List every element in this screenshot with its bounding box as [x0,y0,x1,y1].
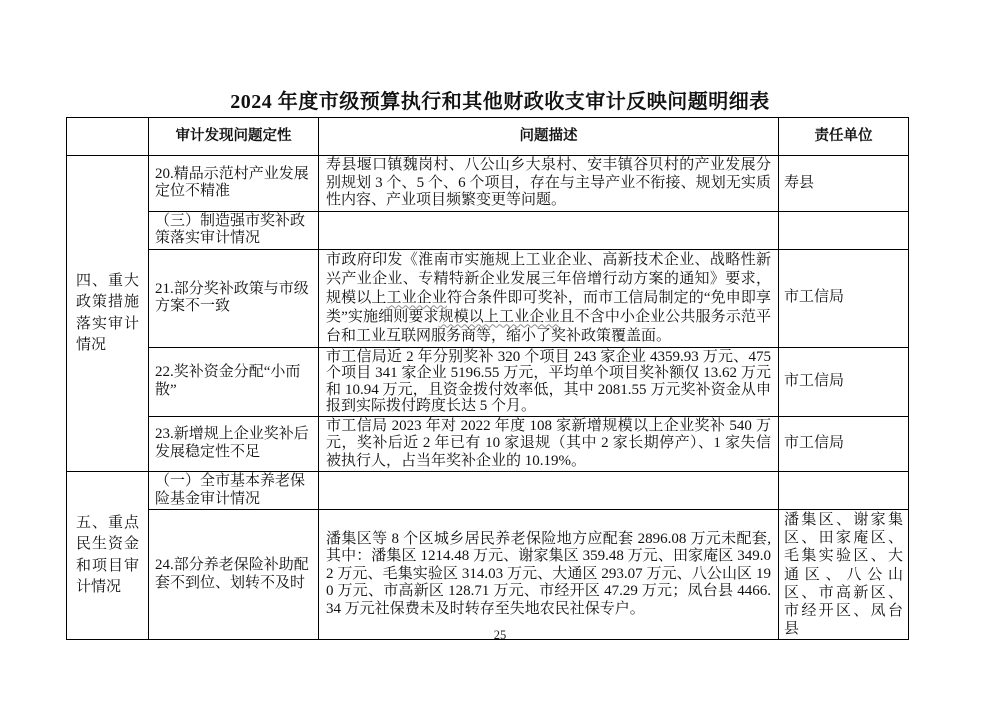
description-cell: 市政府印发《淮南市实施规上工业企业、高新技术企业、战略性新兴产业企业、专精特新企… [319,249,779,347]
responsible-unit-cell: 市工信局 [779,249,909,347]
document-title: 2024 年度市级预算执行和其他财政收支审计反映问题明细表 [0,85,1000,114]
header-description: 问题描述 [319,118,779,156]
table-row-24: 24.部分养老保险补助配套不到位、划转不及时 潘集区等 8 个区城乡居民养老保险… [67,510,909,640]
description-cell [319,472,779,510]
responsible-unit-cell [779,472,909,510]
description-cell: 市工信局近 2 年分别奖补 320 个项目 243 家企业 4359.93 万元… [319,347,779,416]
qualification-cell: （三）制造强市奖补政策落实审计情况 [149,211,319,249]
qualification-cell: 22.奖补资金分配“小而散” [149,347,319,416]
responsible-unit-cell: 寿县 [779,156,909,212]
header-responsible-unit: 责任单位 [779,118,909,156]
description-cell: 寿县堰口镇魏岗村、八公山乡大泉村、安丰镇谷贝村的产业发展分别规划 3 个、5 个… [319,156,779,212]
qualification-cell: 20.精品示范村产业发展定位不精准 [149,156,319,212]
qualification-cell: 21.部分奖补政策与市级方案不一致 [149,249,319,347]
table-row-section-3: （三）制造强市奖补政策落实审计情况 [67,211,909,249]
category-cell-livelihood-funds-audit: 五、重点民生资金和项目审计情况 [67,472,149,640]
category-cell-major-policy-audit: 四、重大政策措施落实审计情况 [67,156,149,472]
description-cell: 市工信局 2023 年对 2022 年度 108 家新增规模以上企业奖补 540… [319,416,779,472]
responsible-unit-cell: 市工信局 [779,416,909,472]
table-row-20: 四、重大政策措施落实审计情况 20.精品示范村产业发展定位不精准 寿县堰口镇魏岗… [67,156,909,212]
page-number: 25 [0,628,1000,643]
qualification-cell: 24.部分养老保险补助配套不到位、划转不及时 [149,510,319,640]
responsible-unit-cell: 市工信局 [779,347,909,416]
qualification-cell: （一）全市基本养老保险基金审计情况 [149,472,319,510]
table-row-22: 22.奖补资金分配“小而散” 市工信局近 2 年分别奖补 320 个项目 243… [67,347,909,416]
table-row-23: 23.新增规上企业奖补后发展稳定性不足 市工信局 2023 年对 2022 年度… [67,416,909,472]
audit-problems-table: 审计发现问题定性 问题描述 责任单位 四、重大政策措施落实审计情况 20.精品示… [66,117,909,640]
description-cell: 潘集区等 8 个区城乡居民养老保险地方应配套 2896.08 万元未配套,其中：… [319,510,779,640]
description-cell [319,211,779,249]
header-category-empty [67,118,149,156]
table-row-21: 21.部分奖补政策与市级方案不一致 市政府印发《淮南市实施规上工业企业、高新技术… [67,249,909,347]
qualification-cell: 23.新增规上企业奖补后发展稳定性不足 [149,416,319,472]
responsible-unit-cell: 潘集区、谢家集区、田家庵区、毛集实验区、大通区、八公山区、市高新区、市经开区、凤… [779,510,909,640]
header-qualification: 审计发现问题定性 [149,118,319,156]
table-header-row: 审计发现问题定性 问题描述 责任单位 [67,118,909,156]
table-row-section-1: 五、重点民生资金和项目审计情况 （一）全市基本养老保险基金审计情况 [67,472,909,510]
responsible-unit-cell [779,211,909,249]
